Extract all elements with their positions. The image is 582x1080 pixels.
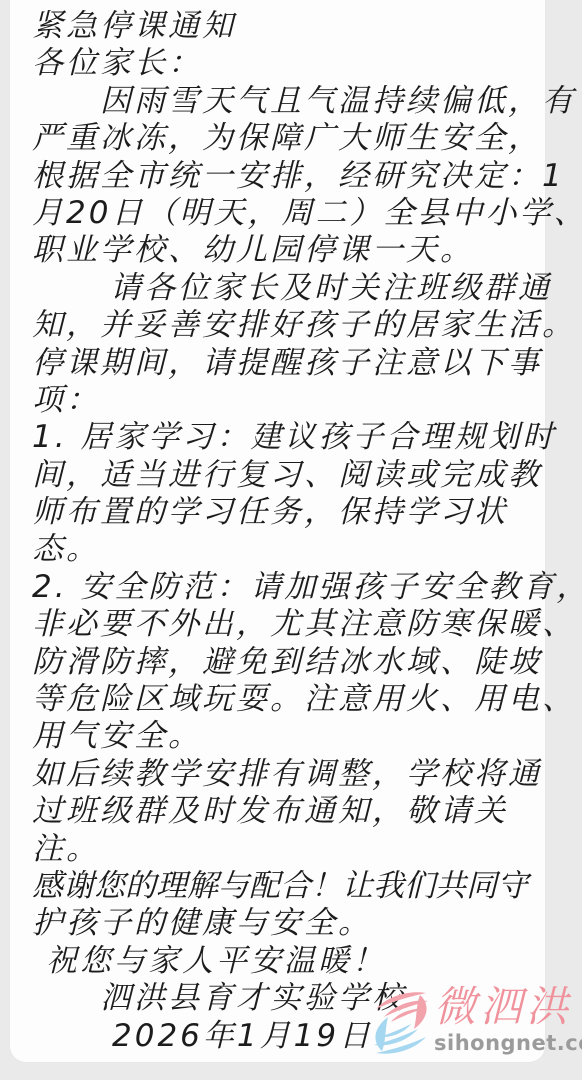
- watermark: 微泗洪 sihongnet.com: [370, 982, 582, 1056]
- chat-background: 紧急停课通知 各位家长： 因雨雪天气且气温持续偏低，有 严重冰冻，为保障广大师生…: [0, 0, 582, 1080]
- notice-line: 防滑防摔，避免到结冰水域、陡坡: [32, 644, 545, 681]
- notice-line: 2. 安全防范：请加强孩子安全教育，: [32, 569, 545, 606]
- notice-line: 因雨雪天气且气温持续偏低，有: [32, 83, 545, 120]
- sihong-swoosh-logo-icon: [370, 990, 432, 1056]
- notice-line: 注。: [32, 831, 545, 868]
- notice-line: 1. 居家学习：建议孩子合理规划时: [32, 419, 545, 456]
- notice-line: 请各位家长及时关注班级群通: [32, 270, 545, 307]
- notice-line: 态。: [32, 531, 545, 568]
- watermark-domain-text: sihongnet.com: [434, 1032, 582, 1054]
- notice-line: 根据全市统一安排，经研究决定：1: [32, 158, 545, 195]
- notice-line: 知，并妥善安排好孩子的居家生活。: [32, 307, 545, 344]
- notice-line: 如后续教学安排有调整，学校将通: [32, 756, 545, 793]
- watermark-text: 微泗洪 sihongnet.com: [434, 982, 582, 1054]
- notice-line: 感谢您的理解与配合！让我们共同守: [32, 868, 545, 905]
- notice-line: 过班级群及时发布通知，敬请关: [32, 793, 545, 830]
- notice-line: 祝您与家人平安温暖！: [32, 943, 545, 980]
- notice-line: 停课期间，请提醒孩子注意以下事: [32, 345, 545, 382]
- notice-line: 非必要不外出，尤其注意防寒保暖、: [32, 606, 545, 643]
- notice-line: 严重冰冻，为保障广大师生安全，: [32, 120, 545, 157]
- notice-line: 用气安全。: [32, 718, 545, 755]
- notice-card: 紧急停课通知 各位家长： 因雨雪天气且气温持续偏低，有 严重冰冻，为保障广大师生…: [10, 0, 545, 1062]
- notice-line: 师布置的学习任务，保持学习状: [32, 494, 545, 531]
- notice-line: 等危险区域玩耍。注意用火、用电、: [32, 681, 545, 718]
- notice-line: 间，适当进行复习、阅读或完成教: [32, 457, 545, 494]
- notice-salutation: 各位家长：: [32, 45, 545, 82]
- notice-title: 紧急停课通知: [32, 8, 545, 45]
- notice-line: 月20日（明天，周二）全县中小学、: [32, 195, 545, 232]
- notice-line: 项：: [32, 382, 545, 419]
- notice-line: 职业学校、幼儿园停课一天。: [32, 232, 545, 269]
- notice-line: 护孩子的健康与安全。: [32, 905, 545, 942]
- notice-body: 紧急停课通知 各位家长： 因雨雪天气且气温持续偏低，有 严重冰冻，为保障广大师生…: [32, 8, 545, 1055]
- watermark-brand-text: 微泗洪: [434, 982, 582, 1032]
